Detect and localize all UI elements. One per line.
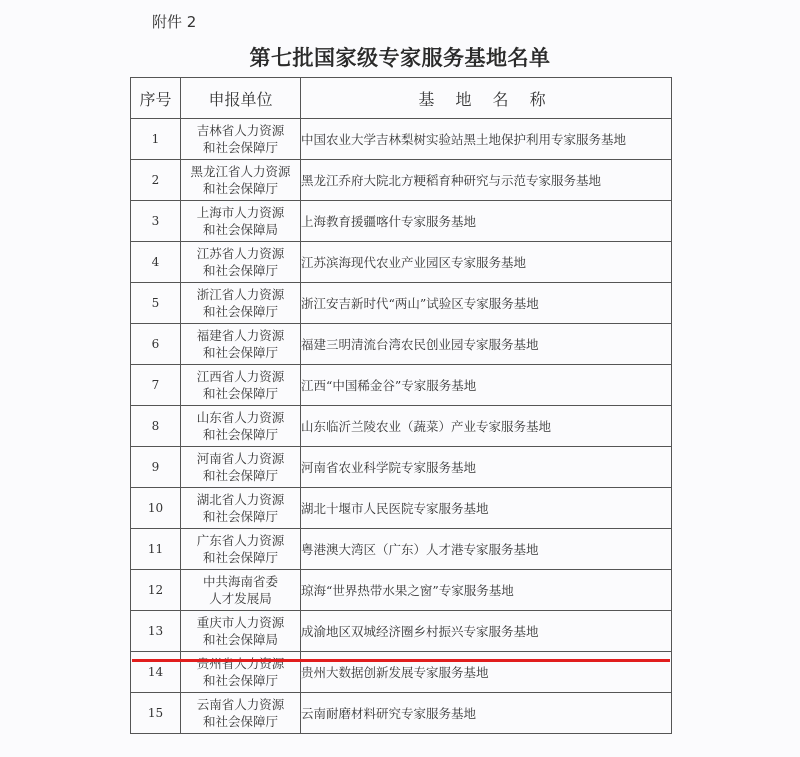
unit-line-1: 黑龙江省人力资源 [181, 163, 300, 180]
red-highlight-line [132, 659, 670, 662]
base-name: 贵州大数据创新发展专家服务基地 [301, 652, 672, 693]
table-row: 12中共海南省委人才发展局琼海“世界热带水果之窗”专家服务基地 [131, 570, 672, 611]
serial-number: 5 [131, 283, 181, 324]
serial-number: 4 [131, 242, 181, 283]
base-name: 山东临沂兰陵农业（蔬菜）产业专家服务基地 [301, 406, 672, 447]
unit-line-2: 和社会保障厅 [181, 672, 300, 689]
applicant-unit: 山东省人力资源和社会保障厅 [181, 406, 301, 447]
serial-number: 1 [131, 119, 181, 160]
expert-base-table: 序号 申报单位 基 地 名 称 1吉林省人力资源和社会保障厅中国农业大学吉林梨树… [130, 77, 672, 734]
unit-line-2: 人才发展局 [181, 590, 300, 607]
base-name: 琼海“世界热带水果之窗”专家服务基地 [301, 570, 672, 611]
serial-number: 9 [131, 447, 181, 488]
serial-number: 8 [131, 406, 181, 447]
unit-line-1: 重庆市人力资源 [181, 614, 300, 631]
applicant-unit: 黑龙江省人力资源和社会保障厅 [181, 160, 301, 201]
base-name: 云南耐磨材料研究专家服务基地 [301, 693, 672, 734]
applicant-unit: 贵州省人力资源和社会保障厅 [181, 652, 301, 693]
unit-line-1: 中共海南省委 [181, 573, 300, 590]
unit-line-1: 江苏省人力资源 [181, 245, 300, 262]
table-row: 5浙江省人力资源和社会保障厅浙江安吉新时代“两山”试验区专家服务基地 [131, 283, 672, 324]
applicant-unit: 中共海南省委人才发展局 [181, 570, 301, 611]
unit-line-2: 和社会保障厅 [181, 508, 300, 525]
applicant-unit: 河南省人力资源和社会保障厅 [181, 447, 301, 488]
applicant-unit: 广东省人力资源和社会保障厅 [181, 529, 301, 570]
unit-line-2: 和社会保障局 [181, 631, 300, 648]
base-name: 福建三明清流台湾农民创业园专家服务基地 [301, 324, 672, 365]
table-row: 14贵州省人力资源和社会保障厅贵州大数据创新发展专家服务基地 [131, 652, 672, 693]
applicant-unit: 重庆市人力资源和社会保障局 [181, 611, 301, 652]
table-header-row: 序号 申报单位 基 地 名 称 [131, 78, 672, 119]
serial-number: 11 [131, 529, 181, 570]
applicant-unit: 上海市人力资源和社会保障局 [181, 201, 301, 242]
table-row: 2黑龙江省人力资源和社会保障厅黑龙江乔府大院北方粳稻育种研究与示范专家服务基地 [131, 160, 672, 201]
serial-number: 14 [131, 652, 181, 693]
table-row: 6福建省人力资源和社会保障厅福建三明清流台湾农民创业园专家服务基地 [131, 324, 672, 365]
applicant-unit: 湖北省人力资源和社会保障厅 [181, 488, 301, 529]
applicant-unit: 江苏省人力资源和社会保障厅 [181, 242, 301, 283]
applicant-unit: 云南省人力资源和社会保障厅 [181, 693, 301, 734]
unit-line-1: 贵州省人力资源 [181, 655, 300, 672]
unit-line-2: 和社会保障局 [181, 221, 300, 238]
base-name: 粤港澳大湾区（广东）人才港专家服务基地 [301, 529, 672, 570]
applicant-unit: 浙江省人力资源和社会保障厅 [181, 283, 301, 324]
serial-number: 6 [131, 324, 181, 365]
table-row: 15云南省人力资源和社会保障厅云南耐磨材料研究专家服务基地 [131, 693, 672, 734]
unit-line-2: 和社会保障厅 [181, 344, 300, 361]
base-name: 成渝地区双城经济圈乡村振兴专家服务基地 [301, 611, 672, 652]
base-name: 黑龙江乔府大院北方粳稻育种研究与示范专家服务基地 [301, 160, 672, 201]
serial-number: 15 [131, 693, 181, 734]
serial-number: 10 [131, 488, 181, 529]
unit-line-2: 和社会保障厅 [181, 303, 300, 320]
serial-number: 12 [131, 570, 181, 611]
unit-line-2: 和社会保障厅 [181, 262, 300, 279]
unit-line-1: 山东省人力资源 [181, 409, 300, 426]
base-name: 湖北十堰市人民医院专家服务基地 [301, 488, 672, 529]
unit-line-1: 江西省人力资源 [181, 368, 300, 385]
serial-number: 3 [131, 201, 181, 242]
base-name: 河南省农业科学院专家服务基地 [301, 447, 672, 488]
unit-line-1: 浙江省人力资源 [181, 286, 300, 303]
table-row: 13重庆市人力资源和社会保障局成渝地区双城经济圈乡村振兴专家服务基地 [131, 611, 672, 652]
base-name: 中国农业大学吉林梨树实验站黑土地保护利用专家服务基地 [301, 119, 672, 160]
base-name: 浙江安吉新时代“两山”试验区专家服务基地 [301, 283, 672, 324]
unit-line-1: 湖北省人力资源 [181, 491, 300, 508]
document-title: 第七批国家级专家服务基地名单 [0, 42, 800, 72]
serial-number: 7 [131, 365, 181, 406]
serial-number: 13 [131, 611, 181, 652]
applicant-unit: 吉林省人力资源和社会保障厅 [181, 119, 301, 160]
unit-line-2: 和社会保障厅 [181, 549, 300, 566]
base-name: 上海教育援疆喀什专家服务基地 [301, 201, 672, 242]
base-name: 江苏滨海现代农业产业园区专家服务基地 [301, 242, 672, 283]
unit-line-1: 吉林省人力资源 [181, 122, 300, 139]
applicant-unit: 江西省人力资源和社会保障厅 [181, 365, 301, 406]
table-row: 11广东省人力资源和社会保障厅粤港澳大湾区（广东）人才港专家服务基地 [131, 529, 672, 570]
header-applicant-unit: 申报单位 [181, 78, 301, 119]
unit-line-2: 和社会保障厅 [181, 426, 300, 443]
unit-line-2: 和社会保障厅 [181, 713, 300, 730]
table-row: 9河南省人力资源和社会保障厅河南省农业科学院专家服务基地 [131, 447, 672, 488]
table-row: 3上海市人力资源和社会保障局上海教育援疆喀什专家服务基地 [131, 201, 672, 242]
unit-line-1: 上海市人力资源 [181, 204, 300, 221]
attachment-label: 附件 2 [152, 11, 196, 32]
unit-line-1: 云南省人力资源 [181, 696, 300, 713]
unit-line-2: 和社会保障厅 [181, 139, 300, 156]
unit-line-1: 河南省人力资源 [181, 450, 300, 467]
table-row: 1吉林省人力资源和社会保障厅中国农业大学吉林梨树实验站黑土地保护利用专家服务基地 [131, 119, 672, 160]
header-base-name: 基 地 名 称 [301, 78, 672, 119]
unit-line-1: 广东省人力资源 [181, 532, 300, 549]
unit-line-1: 福建省人力资源 [181, 327, 300, 344]
serial-number: 2 [131, 160, 181, 201]
table-row: 10湖北省人力资源和社会保障厅湖北十堰市人民医院专家服务基地 [131, 488, 672, 529]
header-serial-number: 序号 [131, 78, 181, 119]
table-row: 7江西省人力资源和社会保障厅江西“中国稀金谷”专家服务基地 [131, 365, 672, 406]
unit-line-2: 和社会保障厅 [181, 180, 300, 197]
applicant-unit: 福建省人力资源和社会保障厅 [181, 324, 301, 365]
table-row: 8山东省人力资源和社会保障厅山东临沂兰陵农业（蔬菜）产业专家服务基地 [131, 406, 672, 447]
base-name: 江西“中国稀金谷”专家服务基地 [301, 365, 672, 406]
unit-line-2: 和社会保障厅 [181, 385, 300, 402]
table-row: 4江苏省人力资源和社会保障厅江苏滨海现代农业产业园区专家服务基地 [131, 242, 672, 283]
unit-line-2: 和社会保障厅 [181, 467, 300, 484]
